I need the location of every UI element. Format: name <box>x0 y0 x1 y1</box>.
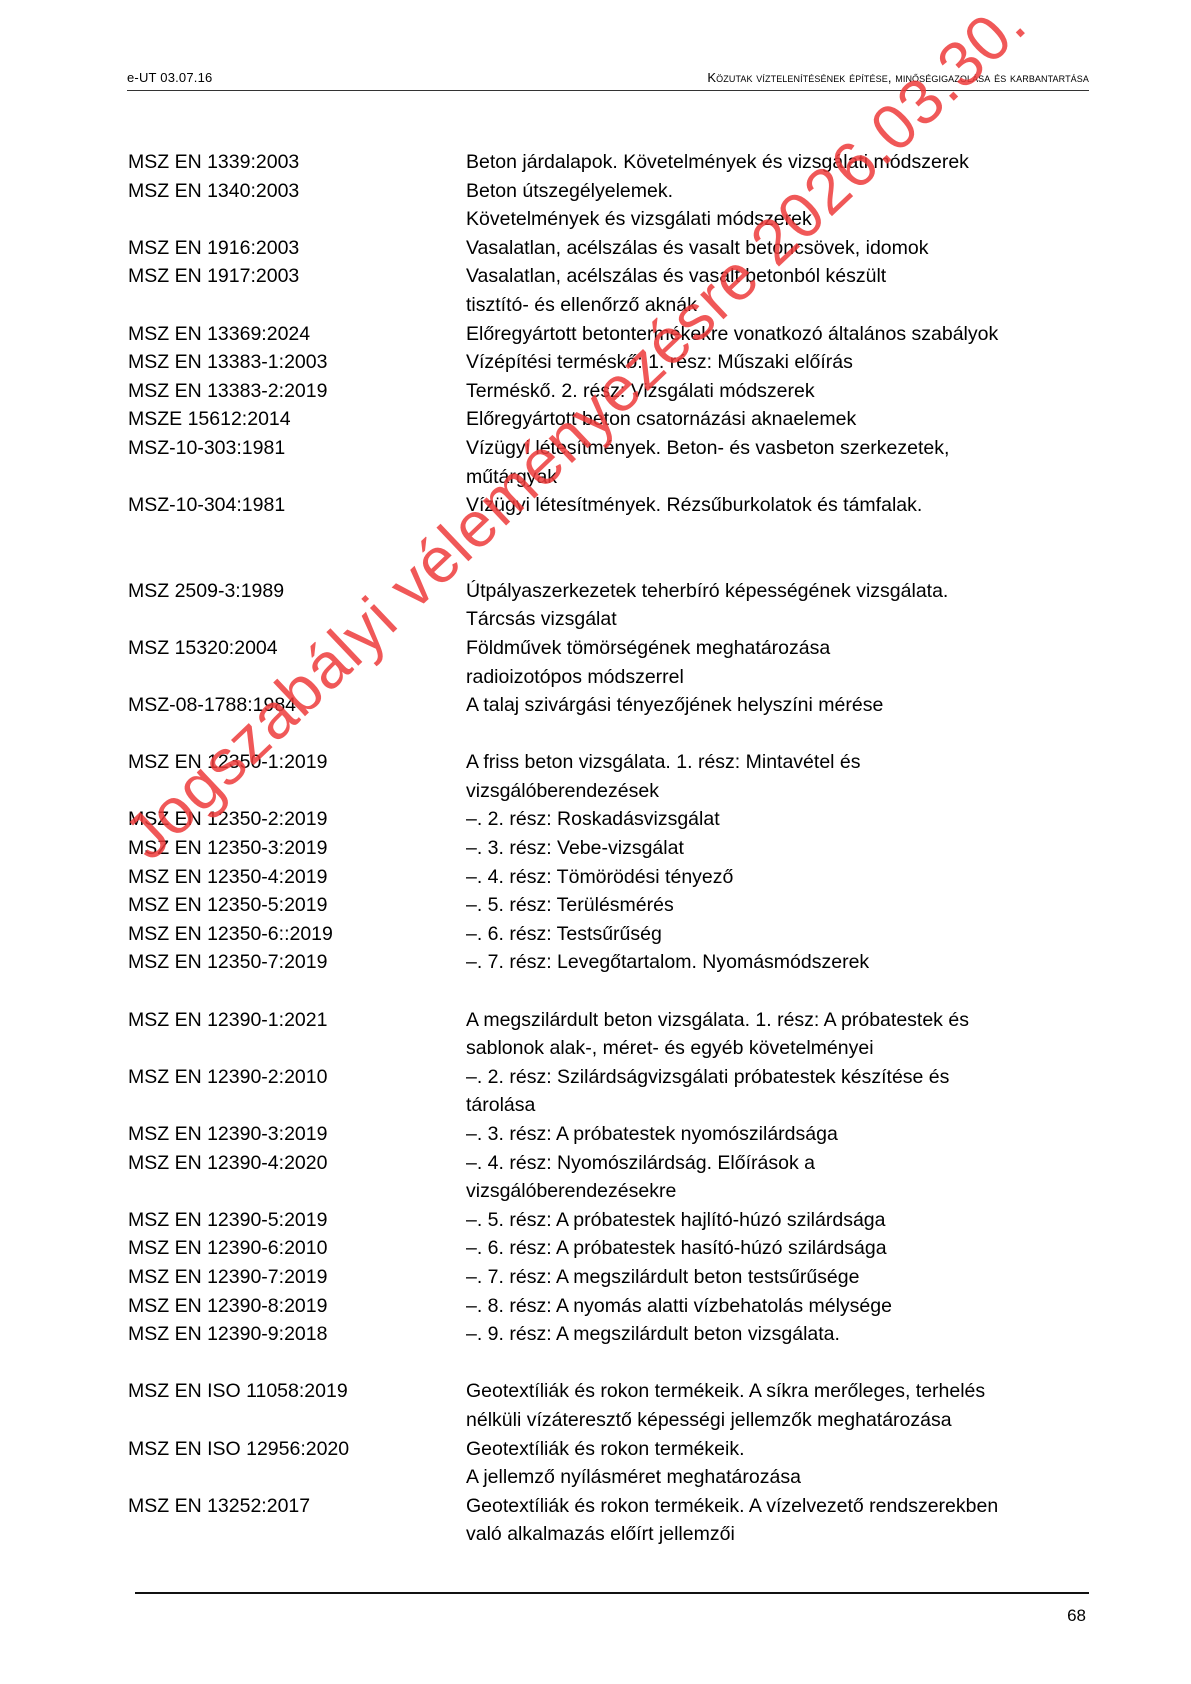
document-id: e-UT 03.07.16 <box>127 70 212 85</box>
standard-description: Vízügyi létesítmények. Rézsűburkolatok é… <box>466 491 1098 520</box>
standard-code: MSZ EN ISO 11058:2019 <box>128 1377 466 1434</box>
standards-list: MSZ EN 1339:2003Beton járdalapok. Követe… <box>128 148 1098 1549</box>
standard-code: MSZ EN ISO 12956:2020 <box>128 1435 466 1492</box>
standard-description: Beton járdalapok. Követelmények és vizsg… <box>466 148 1098 177</box>
standard-row: MSZ-10-303:1981Vízügyi létesítmények. Be… <box>128 434 1098 491</box>
standard-code: MSZ EN 12350-4:2019 <box>128 863 466 892</box>
standard-description: –. 6. rész: Testsűrűség <box>466 920 1098 949</box>
standard-description: –. 4. rész: Nyomószilárdság. Előírások a… <box>466 1149 1098 1206</box>
standard-row: MSZ EN ISO 11058:2019Geotextíliák és rok… <box>128 1377 1098 1434</box>
standard-description: Beton útszegélyelemek.Követelmények és v… <box>466 177 1098 234</box>
spacer <box>128 520 1098 577</box>
standard-description: Vasalatlan, acélszálas és vasalt betoncs… <box>466 234 1098 263</box>
standard-code: MSZ EN 12390-9:2018 <box>128 1320 466 1349</box>
standard-code: MSZ EN 12390-5:2019 <box>128 1206 466 1235</box>
standard-code: MSZ EN 1916:2003 <box>128 234 466 263</box>
standard-row: MSZ 15320:2004Földművek tömörségének meg… <box>128 634 1098 691</box>
standard-row: MSZ EN 1339:2003Beton járdalapok. Követe… <box>128 148 1098 177</box>
standard-row: MSZ EN 12390-7:2019–. 7. rész: A megszil… <box>128 1263 1098 1292</box>
standard-row: MSZ EN 1917:2003Vasalatlan, acélszálas é… <box>128 262 1098 319</box>
standard-code: MSZ 15320:2004 <box>128 634 466 691</box>
standard-row: MSZ EN 12350-1:2019A friss beton vizsgál… <box>128 748 1098 805</box>
standard-row: MSZ EN 12350-7:2019–. 7. rész: Levegőtar… <box>128 948 1098 977</box>
spacer <box>128 720 1098 749</box>
standard-row: MSZ EN 1916:2003Vasalatlan, acélszálas é… <box>128 234 1098 263</box>
standard-description: –. 5. rész: Terülésmérés <box>466 891 1098 920</box>
standard-row: MSZ EN 12390-4:2020–. 4. rész: Nyomószil… <box>128 1149 1098 1206</box>
standard-description: Geotextíliák és rokon termékeik. A vízel… <box>466 1492 1098 1549</box>
standard-description: Vasalatlan, acélszálas és vasalt betonbó… <box>466 262 1098 319</box>
standard-row: MSZ EN 13383-1:2003Vízépítési terméskő: … <box>128 348 1098 377</box>
standard-code: MSZ EN 12350-2:2019 <box>128 805 466 834</box>
standard-row: MSZ EN 12350-6::2019–. 6. rész: Testsűrű… <box>128 920 1098 949</box>
standard-description: Útpályaszerkezetek teherbíró képességéne… <box>466 577 1098 634</box>
spacer <box>128 1349 1098 1378</box>
standard-description: –. 8. rész: A nyomás alatti vízbehatolás… <box>466 1292 1098 1321</box>
standard-description: –. 7. rész: A megszilárdult beton testsű… <box>466 1263 1098 1292</box>
standard-description: –. 7. rész: Levegőtartalom. Nyomásmódsze… <box>466 948 1098 977</box>
standard-description: Földművek tömörségének meghatározásaradi… <box>466 634 1098 691</box>
standard-row: MSZ EN ISO 12956:2020Geotextíliák és rok… <box>128 1435 1098 1492</box>
standard-code: MSZ EN 12390-6:2010 <box>128 1234 466 1263</box>
standard-code: MSZ-10-304:1981 <box>128 491 466 520</box>
standard-description: Előregyártott beton csatornázási aknaele… <box>466 405 1098 434</box>
standard-row: MSZ EN 12350-3:2019–. 3. rész: Vebe-vizs… <box>128 834 1098 863</box>
standard-description: Terméskő. 2. rész: Vizsgálati módszerek <box>466 377 1098 406</box>
standard-code: MSZ EN 12350-6::2019 <box>128 920 466 949</box>
footer-divider <box>135 1592 1089 1594</box>
standard-code: MSZ EN 12390-2:2010 <box>128 1063 466 1120</box>
standard-code: MSZ EN 12350-5:2019 <box>128 891 466 920</box>
standard-code: MSZE 15612:2014 <box>128 405 466 434</box>
standard-row: MSZE 15612:2014Előregyártott beton csato… <box>128 405 1098 434</box>
standard-code: MSZ EN 12350-7:2019 <box>128 948 466 977</box>
standard-row: MSZ EN 12350-4:2019–. 4. rész: Tömörödés… <box>128 863 1098 892</box>
standard-description: A megszilárdult beton vizsgálata. 1. rés… <box>466 1006 1098 1063</box>
standard-row: MSZ EN 13252:2017Geotextíliák és rokon t… <box>128 1492 1098 1549</box>
page-number: 68 <box>1067 1606 1086 1626</box>
standard-code: MSZ EN 13369:2024 <box>128 320 466 349</box>
standard-code: MSZ EN 13252:2017 <box>128 1492 466 1549</box>
standard-row: MSZ EN 12390-8:2019–. 8. rész: A nyomás … <box>128 1292 1098 1321</box>
standard-description: Előregyártott betontermékekre vonatkozó … <box>466 320 1098 349</box>
standard-description: –. 2. rész: Roskadásvizsgálat <box>466 805 1098 834</box>
document-title: Közutak víztelenítésének építése, minősé… <box>707 70 1089 85</box>
standard-row: MSZ EN 12390-3:2019–. 3. rész: A próbate… <box>128 1120 1098 1149</box>
standard-code: MSZ EN 12390-7:2019 <box>128 1263 466 1292</box>
standard-row: MSZ EN 12390-5:2019–. 5. rész: A próbate… <box>128 1206 1098 1235</box>
standard-code: MSZ-10-303:1981 <box>128 434 466 491</box>
standard-row: MSZ EN 12390-9:2018–. 9. rész: A megszil… <box>128 1320 1098 1349</box>
standard-description: –. 5. rész: A próbatestek hajlító-húzó s… <box>466 1206 1098 1235</box>
standard-code: MSZ 2509-3:1989 <box>128 577 466 634</box>
standard-description: Vízügyi létesítmények. Beton- és vasbeto… <box>466 434 1098 491</box>
standard-description: –. 2. rész: Szilárdságvizsgálati próbate… <box>466 1063 1098 1120</box>
standard-code: MSZ EN 12390-4:2020 <box>128 1149 466 1206</box>
standard-description: Geotextíliák és rokon termékeik.A jellem… <box>466 1435 1098 1492</box>
standard-description: –. 3. rész: A próbatestek nyomószilárdsá… <box>466 1120 1098 1149</box>
standard-row: MSZ EN 1340:2003Beton útszegélyelemek.Kö… <box>128 177 1098 234</box>
standard-description: –. 4. rész: Tömörödési tényező <box>466 863 1098 892</box>
standard-description: Geotextíliák és rokon termékeik. A síkra… <box>466 1377 1098 1434</box>
standard-row: MSZ-10-304:1981Vízügyi létesítmények. Ré… <box>128 491 1098 520</box>
standard-description: A talaj szivárgási tényezőjének helyszín… <box>466 691 1098 720</box>
standard-row: MSZ 2509-3:1989Útpályaszerkezetek teherb… <box>128 577 1098 634</box>
standard-code: MSZ EN 1339:2003 <box>128 148 466 177</box>
standard-description: A friss beton vizsgálata. 1. rész: Minta… <box>466 748 1098 805</box>
standard-description: Vízépítési terméskő: 1. rész: Műszaki el… <box>466 348 1098 377</box>
standard-row: MSZ EN 12390-6:2010–. 6. rész: A próbate… <box>128 1234 1098 1263</box>
standard-code: MSZ EN 12390-3:2019 <box>128 1120 466 1149</box>
page-header: e-UT 03.07.16 Közutak víztelenítésének é… <box>127 70 1089 91</box>
standard-row: MSZ EN 12390-1:2021A megszilárdult beton… <box>128 1006 1098 1063</box>
standard-code: MSZ EN 12390-1:2021 <box>128 1006 466 1063</box>
standard-code: MSZ EN 13383-2:2019 <box>128 377 466 406</box>
standard-code: MSZ EN 12350-3:2019 <box>128 834 466 863</box>
standard-row: MSZ EN 13383-2:2019Terméskő. 2. rész: Vi… <box>128 377 1098 406</box>
standard-description: –. 6. rész: A próbatestek hasító-húzó sz… <box>466 1234 1098 1263</box>
standard-row: MSZ EN 12390-2:2010–. 2. rész: Szilárdsá… <box>128 1063 1098 1120</box>
standard-row: MSZ-08-1788:1984A talaj szivárgási ténye… <box>128 691 1098 720</box>
standard-description: –. 3. rész: Vebe-vizsgálat <box>466 834 1098 863</box>
standard-code: MSZ EN 12350-1:2019 <box>128 748 466 805</box>
standard-row: MSZ EN 12350-5:2019–. 5. rész: Terülésmé… <box>128 891 1098 920</box>
standard-code: MSZ EN 12390-8:2019 <box>128 1292 466 1321</box>
standard-code: MSZ EN 13383-1:2003 <box>128 348 466 377</box>
standard-code: MSZ EN 1340:2003 <box>128 177 466 234</box>
standard-description: –. 9. rész: A megszilárdult beton vizsgá… <box>466 1320 1098 1349</box>
standard-row: MSZ EN 12350-2:2019–. 2. rész: Roskadásv… <box>128 805 1098 834</box>
standard-row: MSZ EN 13369:2024Előregyártott betonterm… <box>128 320 1098 349</box>
spacer <box>128 977 1098 1006</box>
standard-code: MSZ-08-1788:1984 <box>128 691 466 720</box>
standard-code: MSZ EN 1917:2003 <box>128 262 466 319</box>
